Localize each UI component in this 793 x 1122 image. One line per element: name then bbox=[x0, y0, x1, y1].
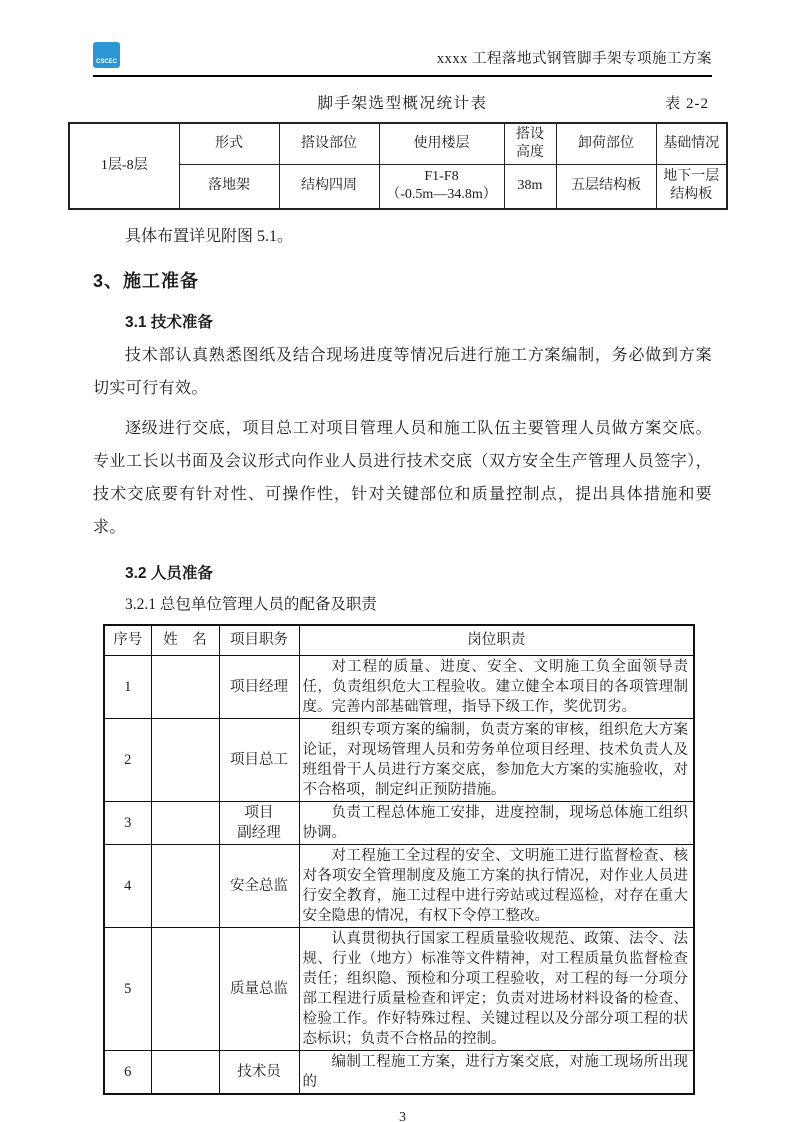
table-row: 3 项目 副经理 负责工程总体施工安排，进度控制，现场总体施工组织协调。 bbox=[104, 801, 694, 844]
header-title: 项目职务 bbox=[219, 625, 299, 655]
scaffold-overview-table: 1层-8层 形式 搭设部位 使用楼层 搭设 高度 卸荷部位 基础情况 落地架 结… bbox=[68, 122, 728, 210]
row-title: 项目经理 bbox=[219, 655, 299, 718]
cscec-logo: CSCEC bbox=[93, 42, 120, 68]
table-row: 4 安全总监 对工程施工全过程的安全、文明施工进行监督检查、核对各项安全管理制度… bbox=[104, 844, 694, 927]
col-header-form: 形式 bbox=[179, 123, 279, 164]
value-location: 结构四周 bbox=[279, 164, 379, 209]
subsection-heading-technical: 3.1 技术准备 bbox=[125, 310, 712, 332]
row-no: 3 bbox=[104, 801, 151, 844]
row-name bbox=[151, 927, 219, 1050]
table-row: 6 技术员 编制工程施工方案，进行方案交底，对施工现场所出现的 bbox=[104, 1050, 694, 1094]
row-duty: 编制工程施工方案，进行方案交底，对施工现场所出现的 bbox=[299, 1050, 694, 1094]
row-duty: 认真贯彻执行国家工程质量验收规范、政策、法令、法规、行业（地方）标准等文件精神，… bbox=[299, 927, 694, 1050]
col-header-foundation: 基础情况 bbox=[656, 123, 727, 164]
row-no: 2 bbox=[104, 718, 151, 801]
table-caption: 脚手架选型概况统计表 bbox=[317, 95, 487, 112]
row-duty: 负责工程总体施工安排，进度控制，现场总体施工组织协调。 bbox=[299, 801, 694, 844]
value-foundation: 地下一层 结构板 bbox=[656, 164, 727, 209]
section-heading: 3、施工准备 bbox=[93, 267, 712, 293]
header-no: 序号 bbox=[104, 625, 151, 655]
subsubsection-heading: 3.2.1 总包单位管理人员的配备及职责 bbox=[125, 592, 712, 614]
row-title: 项目总工 bbox=[219, 718, 299, 801]
value-form: 落地架 bbox=[179, 164, 279, 209]
row-title: 质量总监 bbox=[219, 927, 299, 1050]
page-number: 3 bbox=[93, 1110, 712, 1122]
row-title: 技术员 bbox=[219, 1050, 299, 1094]
table-row: 1 项目经理 对工程的质量、进度、安全、文明施工负全面领导责任，负责组织危大工程… bbox=[104, 655, 694, 718]
row-duty: 对工程施工全过程的安全、文明施工进行监督检查、核对各项安全管理制度及施工方案的执… bbox=[299, 844, 694, 927]
value-height: 38m bbox=[504, 164, 556, 209]
row-no: 4 bbox=[104, 844, 151, 927]
value-floors: F1-F8 （-0.5m—34.8m） bbox=[379, 164, 504, 209]
subsection-heading-personnel: 3.2 人员准备 bbox=[125, 561, 712, 583]
row-no: 6 bbox=[104, 1050, 151, 1094]
table-row: 2 项目总工 组织专项方案的编制，负责方案的审核，组织危大方案论证，对现场管理人… bbox=[104, 718, 694, 801]
row-name bbox=[151, 801, 219, 844]
table-caption-row: 脚手架选型概况统计表 表 2-2 bbox=[93, 91, 712, 113]
page-header: CSCEC xxxx 工程落地式钢管脚手架专项施工方案 bbox=[93, 42, 712, 77]
col-header-location: 搭设部位 bbox=[279, 123, 379, 164]
row-duty: 对工程的质量、进度、安全、文明施工负全面领导责任，负责组织危大工程验收。建立健全… bbox=[299, 655, 694, 718]
row-duty: 组织专项方案的编制，负责方案的审核，组织危大方案论证，对现场管理人员和劳务单位项… bbox=[299, 718, 694, 801]
row-title: 项目 副经理 bbox=[219, 801, 299, 844]
staff-duty-table: 序号 姓 名 项目职务 岗位职责 1 项目经理 对工程的质量、进度、安全、文明施… bbox=[103, 624, 695, 1095]
paragraph-technical-1: 技术部认真熟悉图纸及结合现场进度等情况后进行施工方案编制，务必做到方案切实可行有… bbox=[93, 339, 712, 405]
floor-range-cell: 1层-8层 bbox=[69, 123, 179, 209]
row-name bbox=[151, 1050, 219, 1094]
row-name bbox=[151, 718, 219, 801]
row-no: 1 bbox=[104, 655, 151, 718]
document-title: xxxx 工程落地式钢管脚手架专项施工方案 bbox=[437, 47, 712, 68]
note-see-figure: 具体布置详见附图 5.1。 bbox=[93, 223, 712, 246]
document-page: CSCEC xxxx 工程落地式钢管脚手架专项施工方案 脚手架选型概况统计表 表… bbox=[0, 0, 793, 1122]
row-no: 5 bbox=[104, 927, 151, 1050]
table-number-label: 表 2-2 bbox=[665, 92, 709, 113]
col-header-unload: 卸荷部位 bbox=[556, 123, 656, 164]
header-name: 姓 名 bbox=[151, 625, 219, 655]
col-header-height: 搭设 高度 bbox=[504, 123, 556, 164]
header-duty: 岗位职责 bbox=[299, 625, 694, 655]
row-title: 安全总监 bbox=[219, 844, 299, 927]
table-row: 5 质量总监 认真贯彻执行国家工程质量验收规范、政策、法令、法规、行业（地方）标… bbox=[104, 927, 694, 1050]
paragraph-technical-2: 逐级进行交底，项目总工对项目管理人员和施工队伍主要管理人员做方案交底。专业工长以… bbox=[93, 412, 712, 544]
col-header-floors: 使用楼层 bbox=[379, 123, 504, 164]
staff-table-header-row: 序号 姓 名 项目职务 岗位职责 bbox=[104, 625, 694, 655]
row-name bbox=[151, 844, 219, 927]
value-unload: 五层结构板 bbox=[556, 164, 656, 209]
row-name bbox=[151, 655, 219, 718]
